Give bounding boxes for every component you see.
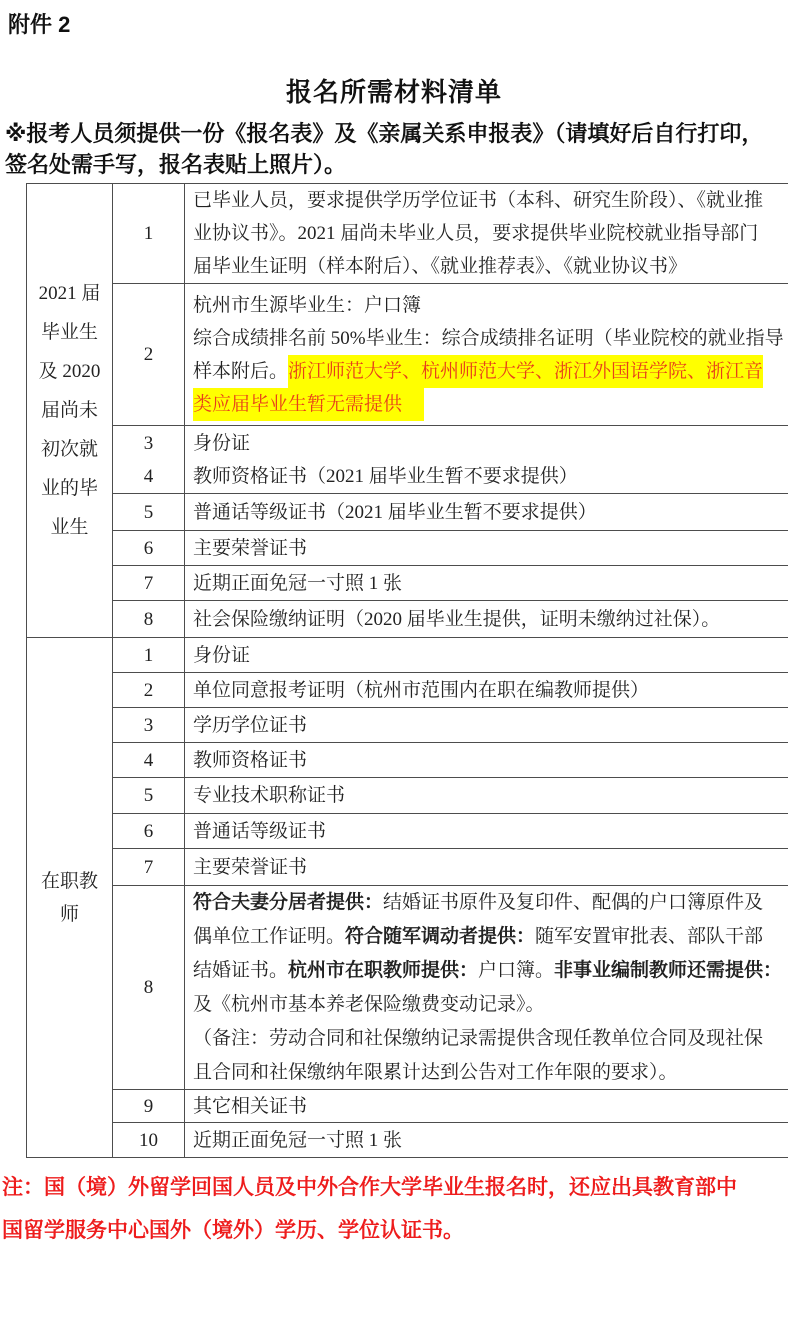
content-line: 近期正面免冠一寸照 1 张 [193,567,788,600]
group-label-line: 2021 届 [27,274,112,313]
content-line: 杭州市生源毕业生：户口簿 [193,289,788,322]
text-segment: 业协议书》。2021 届尚未毕业人员，要求提供毕业院校就业指导部门 [193,223,758,244]
group-label-line: 在职教 [27,865,112,898]
row-content-cell: 身份证 [185,638,788,672]
row-number-cell: 9 [113,1090,185,1122]
row-number-cell: 8 [113,601,185,637]
content-line: 近期正面免冠一寸照 1 张 [193,1124,788,1157]
row-number: 1 [113,217,184,250]
content-line: 教师资格证书 [193,744,788,777]
content-line: 身份证 [193,427,788,460]
row-number: 10 [113,1124,184,1157]
content-line: 综合成绩排名前 50%毕业生：综合成绩排名证明（毕业院校的就业指导 [193,322,788,355]
group-label: 2021 届毕业生及 2020届尚未初次就业的毕业生 [27,184,113,637]
row-content-cell: 近期正面免冠一寸照 1 张 [185,566,788,600]
text-segment: 教师资格证书（2021 届毕业生暂不要求提供） [193,466,578,487]
content-line: 已毕业人员，要求提供学历学位证书（本科、研究生阶段）、《就业推 [193,184,788,217]
text-segment: 杭州市在职教师提供： [288,960,478,981]
row-number-cell: 5 [113,778,185,813]
text-segment: 单位同意报考证明（杭州市范围内在职在编教师提供） [193,680,649,701]
table-row: 6普通话等级证书 [113,814,788,849]
text-segment: 教师资格证书 [193,750,307,771]
row-number: 4 [113,460,184,493]
row-number: 3 [113,427,184,460]
row-number-cell: 34 [113,426,185,493]
text-segment: 综合成绩排名前 50%毕业生：综合成绩排名证明（毕业院校的就业指导 [193,328,784,349]
group-label-line: 业的毕 [27,469,112,508]
row-content-cell: 身份证教师资格证书（2021 届毕业生暂不要求提供） [185,426,788,493]
content-line: 且合同和社保缴纳年限累计达到公告对工作年限的要求）。 [193,1056,788,1090]
content-line: 主要荣誉证书 [193,851,788,884]
row-number-cell: 6 [113,814,185,848]
text-segment: 身份证 [193,433,250,454]
row-number: 5 [113,779,184,812]
text-segment: 主要荣誉证书 [193,857,307,878]
text-segment: 结婚证书原件及复印件、配偶的户口簿原件及 [383,892,763,913]
table-row: 6主要荣誉证书 [113,531,788,566]
group-label-line: 师 [27,898,112,931]
table-row: 7主要荣誉证书 [113,849,788,886]
text-segment: 杭州市生源毕业生：户口簿 [193,295,421,316]
content-line: 普通话等级证书（2021 届毕业生暂不要求提供） [193,496,788,529]
content-line: 学历学位证书 [193,709,788,742]
content-line: 届毕业生证明（样本附后）、《就业推荐表》、《就业协议书》 [193,250,788,283]
table-row: 5普通话等级证书（2021 届毕业生暂不要求提供） [113,494,788,531]
document-page: { "page": { "attachment_label": "附件 2", … [0,0,788,1339]
row-number-cell: 2 [113,284,185,425]
content-line: 结婚证书。杭州市在职教师提供：户口簿。非事业编制教师还需提供： [193,954,788,988]
content-line: 业协议书》。2021 届尚未毕业人员，要求提供毕业院校就业指导部门 [193,217,788,250]
text-segment: 非事业编制教师还需提供： [554,960,782,981]
text-segment: 户口簿。 [478,960,554,981]
row-content-cell: 已毕业人员，要求提供学历学位证书（本科、研究生阶段）、《就业推业协议书》。202… [185,184,788,283]
table-row: 34身份证教师资格证书（2021 届毕业生暂不要求提供） [113,426,788,494]
row-content-cell: 杭州市生源毕业生：户口簿综合成绩排名前 50%毕业生：综合成绩排名证明（毕业院校… [185,284,788,425]
table-row: 9其它相关证书 [113,1090,788,1123]
content-line: 偶单位工作证明。符合随军调动者提供：随军安置审批表、部队干部 [193,920,788,954]
text-segment: 身份证 [193,645,250,666]
content-line: 单位同意报考证明（杭州市范围内在职在编教师提供） [193,674,788,707]
row-number: 2 [113,674,184,707]
text-segment: 随军安置审批表、部队干部 [535,926,763,947]
requirement-note: ※报考人员须提供一份《报名表》及《亲属关系申报表》（请填好后自行打印， 签名处需… [5,118,788,180]
group-label-line: 业生 [27,508,112,547]
table-row: 10近期正面免冠一寸照 1 张 [113,1123,788,1157]
text-segment: 结婚证书。 [193,960,288,981]
row-content-cell: 社会保险缴纳证明（2020 届毕业生提供，证明未缴纳过社保）。 [185,601,788,637]
table-row: 8社会保险缴纳证明（2020 届毕业生提供，证明未缴纳过社保）。 [113,601,788,637]
materials-table: 2021 届毕业生及 2020届尚未初次就业的毕业生1已毕业人员，要求提供学历学… [26,183,788,1158]
table-group: 2021 届毕业生及 2020届尚未初次就业的毕业生1已毕业人员，要求提供学历学… [27,184,788,638]
group-label-line: 初次就 [27,430,112,469]
page-title: 报名所需材料清单 [0,72,788,109]
text-segment: 符合随军调动者提供： [345,926,535,947]
row-number-cell: 6 [113,531,185,565]
row-content-cell: 近期正面免冠一寸照 1 张 [185,1123,788,1157]
table-row: 7近期正面免冠一寸照 1 张 [113,566,788,601]
text-segment: 近期正面免冠一寸照 1 张 [193,1130,402,1151]
row-number: 2 [113,338,184,371]
row-number-cell: 8 [113,886,185,1089]
row-content-cell: 普通话等级证书 [185,814,788,848]
row-number: 3 [113,709,184,742]
table-row: 1已毕业人员，要求提供学历学位证书（本科、研究生阶段）、《就业推业协议书》。20… [113,184,788,284]
row-content-cell: 专业技术职称证书 [185,778,788,813]
row-number-cell: 1 [113,638,185,672]
content-line: 身份证 [193,639,788,672]
row-number-cell: 2 [113,673,185,707]
row-content-cell: 主要荣誉证书 [185,531,788,565]
text-segment: 普通话等级证书 [193,821,326,842]
footer-note: 注：国（境）外留学回国人员及中外合作大学毕业生报名时，还应出具教育部中 国留学服… [2,1166,788,1252]
content-line: 样本附后。浙江师范大学、杭州师范大学、浙江外国语学院、浙江音 [193,355,788,388]
text-segment: （备注：劳动合同和社保缴纳记录需提供含现任教单位合同及现社保 [193,1028,763,1049]
row-number-cell: 5 [113,494,185,530]
content-line: 专业技术职称证书 [193,779,788,812]
row-content-cell: 学历学位证书 [185,708,788,742]
content-line: 类应届毕业生暂无需提供 [193,388,788,421]
highlighted-text: 浙江师范大学、杭州师范大学、浙江外国语学院、浙江音 [288,355,763,388]
row-number: 5 [113,496,184,529]
group-label-line: 届尚未 [27,391,112,430]
row-number: 7 [113,567,184,600]
attachment-label: 附件 2 [8,8,70,39]
row-number-cell: 7 [113,566,185,600]
row-number: 8 [113,971,184,1005]
content-line: 教师资格证书（2021 届毕业生暂不要求提供） [193,460,788,493]
text-segment: 且合同和社保缴纳年限累计达到公告对工作年限的要求）。 [193,1062,678,1083]
row-content-cell: 其它相关证书 [185,1090,788,1122]
table-row: 8符合夫妻分居者提供：结婚证书原件及复印件、配偶的户口簿原件及偶单位工作证明。符… [113,886,788,1090]
group-label-line: 及 2020 [27,352,112,391]
footer-note-line2: 国留学服务中心国外（境外）学历、学位认证书。 [2,1209,788,1252]
row-number: 6 [113,532,184,565]
text-segment: 已毕业人员，要求提供学历学位证书（本科、研究生阶段）、《就业推 [193,190,763,211]
table-row: 2单位同意报考证明（杭州市范围内在职在编教师提供） [113,673,788,708]
content-line: 社会保险缴纳证明（2020 届毕业生提供，证明未缴纳过社保）。 [193,603,788,636]
row-number: 6 [113,815,184,848]
content-line: 普通话等级证书 [193,815,788,848]
text-segment: 样本附后。 [193,361,288,382]
group-label: 在职教师 [27,638,113,1157]
requirement-note-line1: ※报考人员须提供一份《报名表》及《亲属关系申报表》（请填好后自行打印， [5,118,788,149]
content-line: 主要荣誉证书 [193,532,788,565]
row-number-cell: 1 [113,184,185,283]
text-segment: 符合夫妻分居者提供： [193,892,383,913]
row-number: 4 [113,744,184,777]
content-line: 符合夫妻分居者提供：结婚证书原件及复印件、配偶的户口簿原件及 [193,886,788,920]
highlighted-text: 类应届毕业生暂无需提供 [193,388,424,421]
table-row: 1身份证 [113,638,788,673]
row-content-cell: 符合夫妻分居者提供：结婚证书原件及复印件、配偶的户口簿原件及偶单位工作证明。符合… [185,886,788,1089]
text-segment: 及《杭州市基本养老保险缴费变动记录》。 [193,994,545,1015]
content-line: 其它相关证书 [193,1090,788,1122]
row-content-cell: 主要荣誉证书 [185,849,788,885]
text-segment: 偶单位工作证明。 [193,926,345,947]
table-row: 3学历学位证书 [113,708,788,743]
group-label-line: 毕业生 [27,313,112,352]
row-number: 1 [113,639,184,672]
table-row: 5专业技术职称证书 [113,778,788,814]
row-content-cell: 单位同意报考证明（杭州市范围内在职在编教师提供） [185,673,788,707]
table-row: 4教师资格证书 [113,743,788,778]
content-line: 及《杭州市基本养老保险缴费变动记录》。 [193,988,788,1022]
text-segment: 届毕业生证明（样本附后）、《就业推荐表》、《就业协议书》 [193,256,687,277]
text-segment: 近期正面免冠一寸照 1 张 [193,573,402,594]
text-segment: 其它相关证书 [193,1096,307,1117]
footer-note-line1: 注：国（境）外留学回国人员及中外合作大学毕业生报名时，还应出具教育部中 [2,1166,788,1209]
row-content-cell: 教师资格证书 [185,743,788,777]
table-group: 在职教师1身份证2单位同意报考证明（杭州市范围内在职在编教师提供）3学历学位证书… [27,638,788,1157]
row-number-cell: 4 [113,743,185,777]
row-number: 8 [113,603,184,636]
row-number: 7 [113,851,184,884]
text-segment: 学历学位证书 [193,715,307,736]
row-number: 9 [113,1090,184,1123]
text-segment: 主要荣誉证书 [193,538,307,559]
table-row: 2杭州市生源毕业生：户口簿综合成绩排名前 50%毕业生：综合成绩排名证明（毕业院… [113,284,788,426]
content-line: （备注：劳动合同和社保缴纳记录需提供含现任教单位合同及现社保 [193,1022,788,1056]
text-segment: 普通话等级证书（2021 届毕业生暂不要求提供） [193,502,597,523]
text-segment: 社会保险缴纳证明（2020 届毕业生提供，证明未缴纳过社保）。 [193,609,720,630]
row-number-cell: 7 [113,849,185,885]
row-number-cell: 3 [113,708,185,742]
row-number-cell: 10 [113,1123,185,1157]
requirement-note-line2: 签名处需手写，报名表贴上照片）。 [5,149,788,180]
row-content-cell: 普通话等级证书（2021 届毕业生暂不要求提供） [185,494,788,530]
text-segment: 专业技术职称证书 [193,785,345,806]
